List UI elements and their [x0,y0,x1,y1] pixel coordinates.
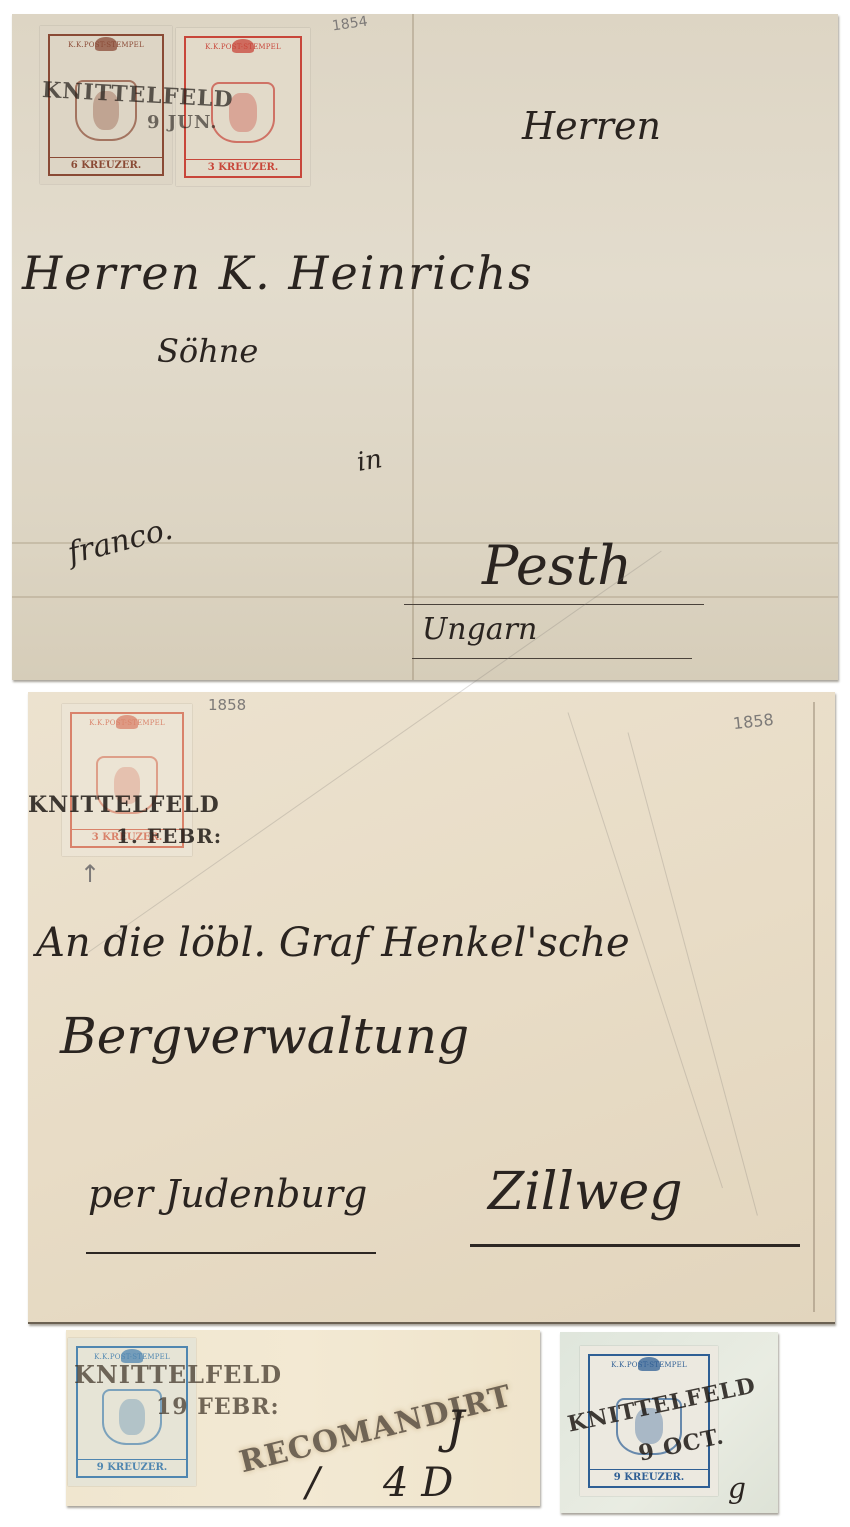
eagle-icon [119,1399,145,1435]
salutation: Herren [522,104,661,148]
fold-line [813,702,815,1312]
postmark-town: KNITTELFELD [74,1360,282,1389]
underline [470,1244,800,1247]
cover-1854: K.K.POST-STEMPEL 6 KREUZER. K.K.POST-STE… [12,14,838,680]
postmark-date: 1. FEBR: [116,824,222,848]
stamp-value-label: 9 KREUZER. [78,1459,186,1473]
fold-line [12,596,838,598]
address-line-1: Herren K. Heinrichs [22,246,534,300]
stamp-value-label: 6 KREUZER. [50,157,162,171]
postmark-date: 9 JUN. [147,112,218,133]
handwriting-fragment: g [728,1472,746,1505]
stamp-value-label: 3 KREUZER. [186,159,300,173]
franco-note: franco. [64,512,176,572]
handwriting-fragment: J [446,1400,464,1454]
crown-icon [116,715,138,729]
via-note: per Judenburg [88,1172,367,1216]
arrow-note: ↑ [80,860,100,888]
underline [86,1252,376,1254]
show-through-writing [628,732,758,1215]
crown-icon [232,39,254,53]
address-line-1: An die löbl. Graf Henkel'sche [36,920,630,966]
address-line-2: Bergverwaltung [60,1007,469,1065]
fragment-october: K.K.POST-STEMPEL 9 KREUZER. KNITTELFELD … [560,1332,778,1513]
fold-line [412,14,414,680]
underline [412,658,692,659]
year-note: 1854 [331,14,369,35]
postmark-date: 19 FEBR: [156,1394,280,1420]
underline [404,604,704,605]
crown-icon [638,1357,660,1371]
cover-1858: K.K.POST-STEMPEL 3 KREUZER. 1858 1858 KN… [28,692,835,1324]
postmark-town: KNITTELFELD [28,792,220,818]
stamp-value-label: 9 KREUZER. [590,1469,708,1483]
address-city: Zillweg [488,1162,683,1222]
address-line-3: in [355,444,385,478]
handwriting-fragment: / 4 D [306,1460,453,1506]
fragment-recomandirt: K.K.POST-STEMPEL 9 KREUZER. KNITTELFELD … [66,1330,540,1506]
year-note-right: 1858 [732,710,774,733]
crown-icon [95,37,117,51]
address-line-2: Söhne [157,332,258,370]
year-note: 1858 [208,696,246,714]
address-country: Ungarn [422,612,537,647]
